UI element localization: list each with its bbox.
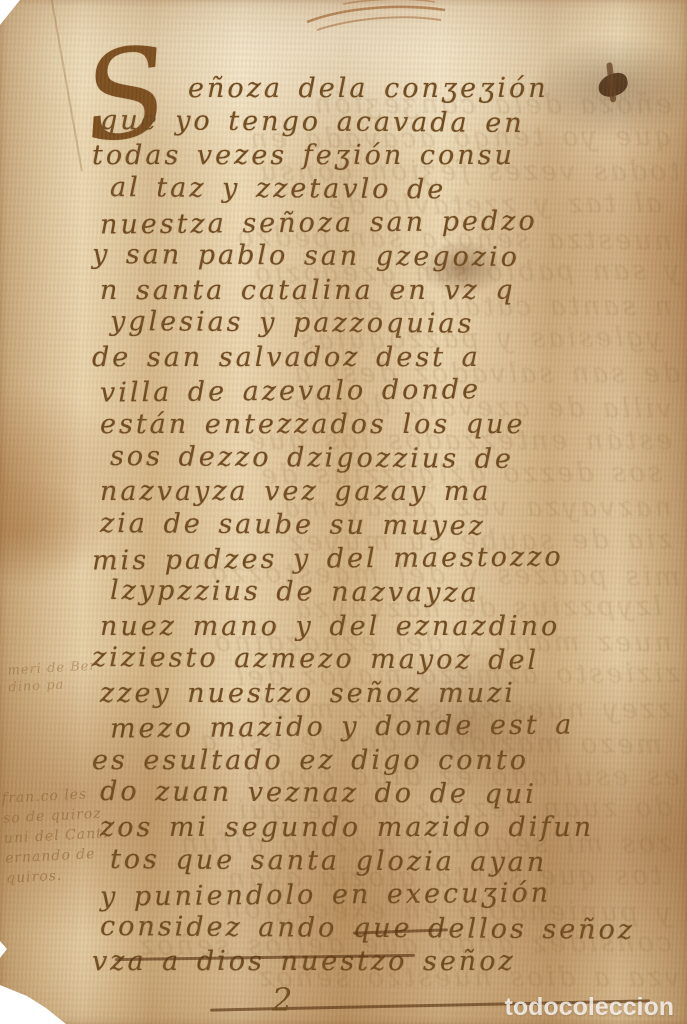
manuscript-line: están entezzados los que <box>100 408 672 442</box>
manuscript-line: todas vezes feʒión consu <box>92 139 672 173</box>
manuscript-line: nazvayza vez gazay ma <box>100 475 672 509</box>
manuscript-line: do zuan veznaz do de qui <box>100 775 672 813</box>
manuscript-line: zia de saube su muyez <box>100 507 672 545</box>
manuscript-line: zos mi segundo mazido difun <box>100 811 672 845</box>
manuscript-line: tos que santa glozia ayan <box>110 843 672 881</box>
manuscript-line: vza a dios nuestzo señoz <box>92 945 672 979</box>
manuscript-line: y san pablo san gzegozio <box>92 238 672 276</box>
pen-flourish <box>303 0 453 34</box>
manuscript-line: mezo mazido y donde est a <box>110 708 672 746</box>
manuscript-line: de san salvadoz dest a <box>92 341 672 375</box>
manuscript-line: ziziesto azmezo mayoz del <box>92 641 672 679</box>
margin-note-line: dino pa <box>8 675 98 697</box>
manuscript-line: villa de azevalo donde <box>100 372 672 411</box>
manuscript-line: yglesias y pazzoquias <box>110 305 672 343</box>
manuscript-line: lzypzzius de nazvayza <box>110 574 672 612</box>
manuscript-line: nuestza señoza san pedzo <box>100 204 672 243</box>
margin-note-lower: fran.co les so de quiroz uni del Cant. e… <box>1 783 110 888</box>
parchment-page: S eñoza dela conʒeʒiónque yo tengo acava… <box>0 0 687 1024</box>
fold-crease <box>50 0 83 171</box>
margin-note-upper: meri de Ber dino pa <box>7 658 98 697</box>
manuscript-line: al taz y zzetavlo de <box>110 171 672 209</box>
manuscript-line: y puniendolo en execuʒión <box>100 876 672 915</box>
manuscript-line: n santa catalina en vz q <box>100 274 672 308</box>
site-watermark: todocoleccion <box>505 995 674 1020</box>
manuscript-line: que yo tengo acavada en <box>100 104 672 142</box>
manuscript-text-block: eñoza dela conʒeʒiónque yo tengo acavada… <box>100 72 672 979</box>
manuscript-line: mis padzes y del maestozzo <box>92 540 672 579</box>
manuscript-line: eñoza dela conʒeʒión <box>188 72 672 106</box>
manuscript-line: sos dezzo dzigozzius de <box>110 440 672 478</box>
manuscript-line: nuez mano y del eznazdino <box>100 610 672 644</box>
scanned-manuscript-photo: S eñoza dela conʒeʒiónque yo tengo acava… <box>0 0 687 1024</box>
paragraph-end-mark: 2 <box>272 984 292 1016</box>
manuscript-line: considez ando que dellos señoz <box>100 910 672 948</box>
margin-note-line: quiros. <box>6 863 111 888</box>
manuscript-line: es esultado ez digo conto <box>92 744 672 778</box>
manuscript-line: zzey nuestzo señoz muzi <box>100 677 672 711</box>
